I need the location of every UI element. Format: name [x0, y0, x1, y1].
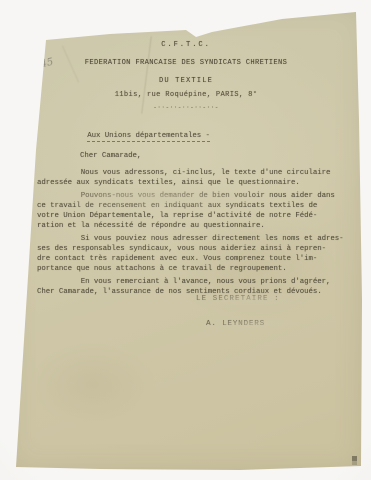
body-paragraph-1: Nous vous adressons, ci-inclus, le texte…: [37, 168, 337, 188]
org-name: FEDERATION FRANCAISE DES SYNDICATS CHRET…: [53, 58, 319, 68]
body-paragraph-4: En vous remerciant à l'avance, nous vous…: [37, 277, 337, 297]
salutation: Cher Camarade,: [80, 151, 141, 161]
recipient-text: Aux Unions départementales -: [87, 132, 210, 142]
org-address: 11bis, rue Roquépine, PARIS, 8°: [53, 90, 319, 100]
org-acronym: C.F.T.C.: [53, 40, 319, 50]
body-paragraph-2: Pouvons-nous vous demander de bien voulo…: [37, 191, 337, 231]
corner-stamp-mark: [352, 456, 357, 465]
body-paragraph-3: Si vous pouviez nous adresser directemen…: [37, 234, 337, 274]
recipient-line: Aux Unions départementales -: [61, 121, 210, 151]
letter-body: Nous vous adressons, ci-inclus, le texte…: [37, 168, 337, 300]
document-scan-background: 1/45 C.F.T.C. FEDERATION FRANCAISE DES S…: [0, 0, 371, 480]
closing-role: LE SECRETAIRE :: [196, 295, 280, 303]
handwritten-archive-number: 1/45: [30, 57, 54, 72]
signature-name: A. LEYNDERS: [206, 320, 265, 328]
letterhead: C.F.T.C. FEDERATION FRANCAISE DES SYNDIC…: [53, 40, 319, 113]
letterhead-divider: -··-··-··-··-··-: [53, 103, 319, 113]
paper-sheet: 1/45 C.F.T.C. FEDERATION FRANCAISE DES S…: [0, 0, 371, 480]
org-branch: DU TEXTILE: [53, 76, 319, 86]
